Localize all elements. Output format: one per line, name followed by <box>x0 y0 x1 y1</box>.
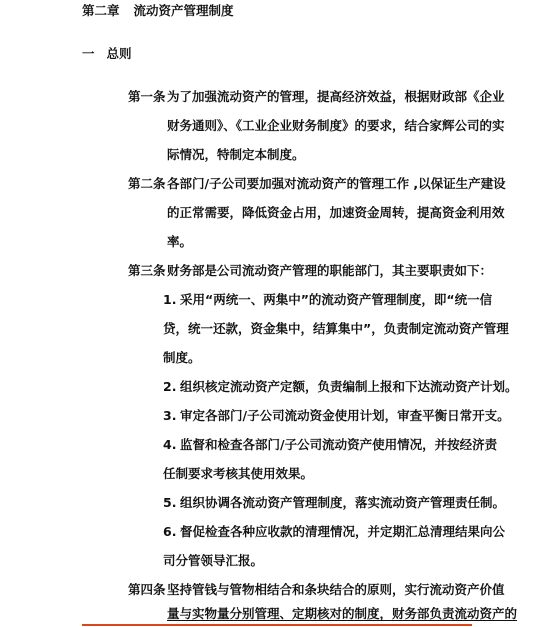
list-item-1-line-3: 制度。 <box>163 351 201 365</box>
article-3-label: 第三条 <box>128 264 166 278</box>
article-2-label: 第二条 <box>128 177 166 191</box>
chapter-title: 流动资产管理制度 <box>134 3 234 18</box>
list-item-text: 审定各部门/子公司流动资金使用计划，审查平衡日常开支。 <box>180 408 510 423</box>
article-3-line-1: 财务部是公司流动资产管理的职能部门，其主要职责如下： <box>167 264 492 278</box>
article-1-label: 第一条 <box>128 90 166 104</box>
list-item-1-line-2: 贷，统一还款，资金集中，结算集中”，负责制定流动资产管理 <box>163 322 509 336</box>
list-item-2: 2.组织核定流动资产定额，负责编制上报和下达流动资产计划。 <box>163 380 518 394</box>
list-item-text: 督促检查各种应收款的清理情况，并定期汇总清理结果向公 <box>180 524 505 539</box>
list-item-6-line-2: 司分管领导汇报。 <box>163 554 263 568</box>
list-item-1: 1.采用“两统一、两集中”的流动资产管理制度，即“统一信 <box>163 293 492 307</box>
list-item-number: 6. <box>163 525 180 539</box>
article-1-line-3: 际情况，特制定本制度。 <box>167 148 305 162</box>
article-1-line-2: 财务通则》、《工业企业财务制度》的要求，结合家辉公司的实 <box>167 119 505 133</box>
article-1-line-1: 为了加强流动资产的管理，提高经济效益，根据财政部《企业 <box>167 90 505 104</box>
list-item-5: 5.组织协调各流动资产管理制度，落实流动资产管理责任制。 <box>163 496 505 510</box>
list-item-4: 4.监督和检查各部门/子公司流动资产使用情况，并按经济责 <box>163 438 497 452</box>
article-4-line-2: 量与实物量分别管理、定期核对的制度，财务部负责流动资产的 <box>167 607 517 621</box>
list-item-number: 3. <box>163 409 180 423</box>
page-bottom-rule <box>82 624 472 626</box>
list-item-4-line-2: 任制要求考核其使用效果。 <box>163 467 313 481</box>
list-item-number: 4. <box>163 438 180 452</box>
list-item-number: 1. <box>163 293 180 307</box>
section-title: 总则 <box>107 46 132 61</box>
article-4-line-1: 坚持管钱与管物相结合和条块结合的原则，实行流动资产价值 <box>167 583 505 597</box>
article-2-line-2: 的正常需要，降低资金占用，加速资金周转，提高资金利用效 <box>167 206 505 220</box>
list-item-6: 6.督促检查各种应收款的清理情况，并定期汇总清理结果向公 <box>163 525 505 539</box>
list-item-text: 组织协调各流动资产管理制度，落实流动资产管理责任制。 <box>180 495 505 510</box>
article-2-line-3: 率。 <box>167 235 192 249</box>
chapter-heading: 第二章流动资产管理制度 <box>82 4 234 18</box>
list-item-text: 监督和检查各部门/子公司流动资产使用情况，并按经济责 <box>180 437 497 452</box>
article-2-line-1: 各部门/子公司要加强对流动资产的管理工作 ,以保证生产建设 <box>167 177 506 191</box>
document-page: 第二章流动资产管理制度 一总则 第一条 为了加强流动资产的管理，提高经济效益，根… <box>0 0 552 627</box>
section-heading: 一总则 <box>82 47 132 61</box>
list-item-text: 采用“两统一、两集中”的流动资产管理制度，即“统一信 <box>180 292 492 307</box>
list-item-number: 5. <box>163 496 180 510</box>
section-label: 一 <box>82 46 95 61</box>
list-item-3: 3.审定各部门/子公司流动资金使用计划，审查平衡日常开支。 <box>163 409 510 423</box>
chapter-label: 第二章 <box>82 3 120 18</box>
list-item-number: 2. <box>163 380 180 394</box>
list-item-text: 组织核定流动资产定额，负责编制上报和下达流动资产计划。 <box>180 379 518 394</box>
article-4-label: 第四条 <box>128 583 166 597</box>
